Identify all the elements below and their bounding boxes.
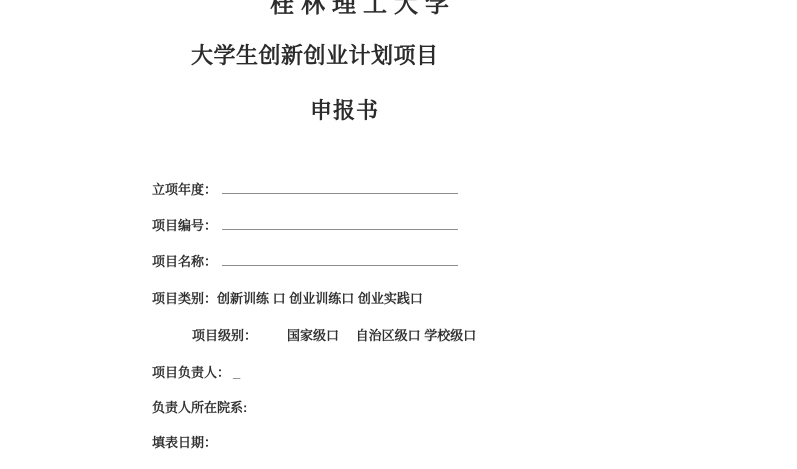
field-row-project-number: 项目编号：: [152, 216, 458, 233]
document-title-line1: 大学生创新创业计划项目: [191, 39, 439, 70]
field-label-leader-department: 负责人所在院系:: [152, 400, 247, 415]
field-label-project-level: 项目级别：: [192, 328, 257, 343]
project-level-options: 国家级口 自治区级口 学校级口: [287, 328, 476, 343]
field-label-project-number: 项目编号：: [152, 218, 217, 233]
field-row-project-leader: 项目负责人：_: [152, 364, 240, 381]
field-row-leader-department: 负责人所在院系:: [152, 399, 247, 416]
fill-in-blank-project-number: [222, 216, 458, 230]
project-category-options: 创新训练 口 创业训练口 创业实践口: [217, 291, 423, 306]
fill-in-blank-project-year: [222, 180, 458, 194]
document-title-line2: 申报书: [310, 94, 379, 125]
university-title-partial: 桂林理工大学: [270, 0, 456, 19]
field-row-project-level: 项目级别：国家级口 自治区级口 学校级口: [192, 327, 476, 344]
project-leader-value: _: [233, 365, 240, 380]
field-row-fill-date: 填表日期：: [152, 434, 217, 451]
field-label-project-name: 项目名称：: [152, 254, 217, 269]
field-row-project-name: 项目名称：: [152, 252, 458, 269]
application-form-document: 桂林理工大学 大学生创新创业计划项目 申报书 立项年度： 项目编号： 项目名称：…: [0, 0, 797, 469]
field-row-project-category: 项目类别：创新训练 口 创业训练口 创业实践口: [152, 290, 423, 307]
field-row-project-year: 立项年度：: [152, 180, 458, 197]
fill-in-blank-project-name: [222, 252, 458, 266]
field-label-project-category: 项目类别：: [152, 291, 217, 306]
field-label-project-leader: 项目负责人：: [152, 365, 230, 380]
field-label-fill-date: 填表日期：: [152, 435, 217, 450]
field-label-project-year: 立项年度：: [152, 182, 217, 197]
